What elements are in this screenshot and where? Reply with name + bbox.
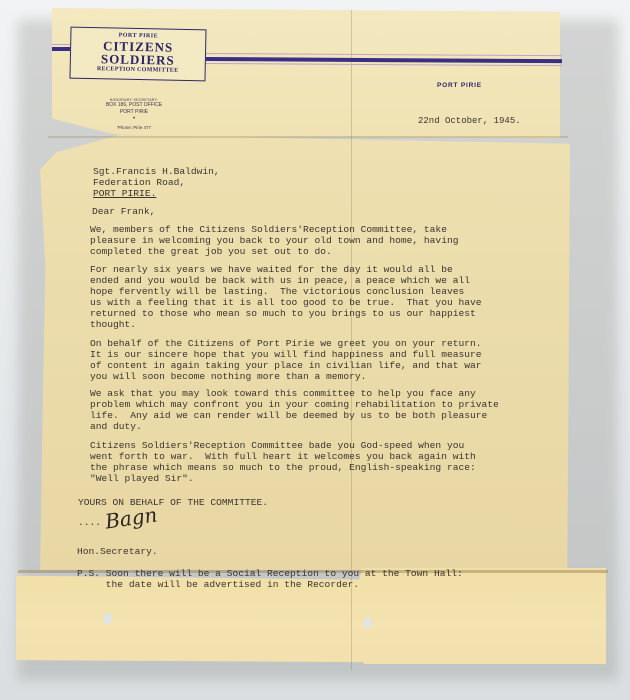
signature-dots: ....: [78, 517, 101, 528]
paragraph-waiting: For nearly six years we have waited for …: [90, 264, 482, 330]
paragraph-greeting: On behalf of the Citizens of Port Pirie …: [90, 338, 482, 382]
upper-fold-crease: [48, 136, 568, 138]
punch-hole-right: [364, 617, 371, 628]
bullet-icon: •: [84, 116, 184, 124]
recipient-town: PORT PIRIE.: [93, 188, 220, 199]
punch-hole-left: [104, 613, 111, 624]
recipient-address: Sgt.Francis H.Baldwin,Federation Road,PO…: [93, 166, 220, 199]
salutation: Dear Frank,: [92, 206, 155, 217]
secretary-town: PORT PIRIE: [84, 109, 184, 115]
letterhead-place: PORT PIRIE: [437, 82, 482, 89]
paragraph-well-played: Citizens Soldiers'Reception Committee ba…: [90, 440, 476, 484]
logo-soldiers: SOLDIERS: [71, 52, 205, 68]
letterhead-stripe-left: [52, 47, 70, 51]
secretary-address-block: HONORARY SECRETARY: BOX 186, POST OFFICE…: [84, 98, 184, 131]
postscript: P.S. Soon there will be a Social Recepti…: [77, 568, 463, 590]
recipient-street: Federation Road,: [93, 177, 220, 188]
secretary-phone: 'Phone: Pirie 477: [84, 125, 184, 131]
paragraph-assistance: We ask that you may look toward this com…: [90, 388, 499, 432]
recipient-name: Sgt.Francis H.Baldwin,: [93, 166, 220, 177]
letterhead-thin-line-left: [52, 44, 70, 45]
closing-line: YOURS ON BEHALF OF THE COMMITTEE.: [78, 497, 268, 508]
signatory-title: Hon.Secretary.: [77, 546, 158, 557]
committee-logo: PORT PIRIE CITIZENS SOLDIERS RECEPTION C…: [69, 27, 206, 82]
letter-date: 22nd October, 1945.: [418, 116, 521, 127]
paragraph-welcome: We, members of the Citizens Soldiers'Rec…: [90, 224, 458, 257]
